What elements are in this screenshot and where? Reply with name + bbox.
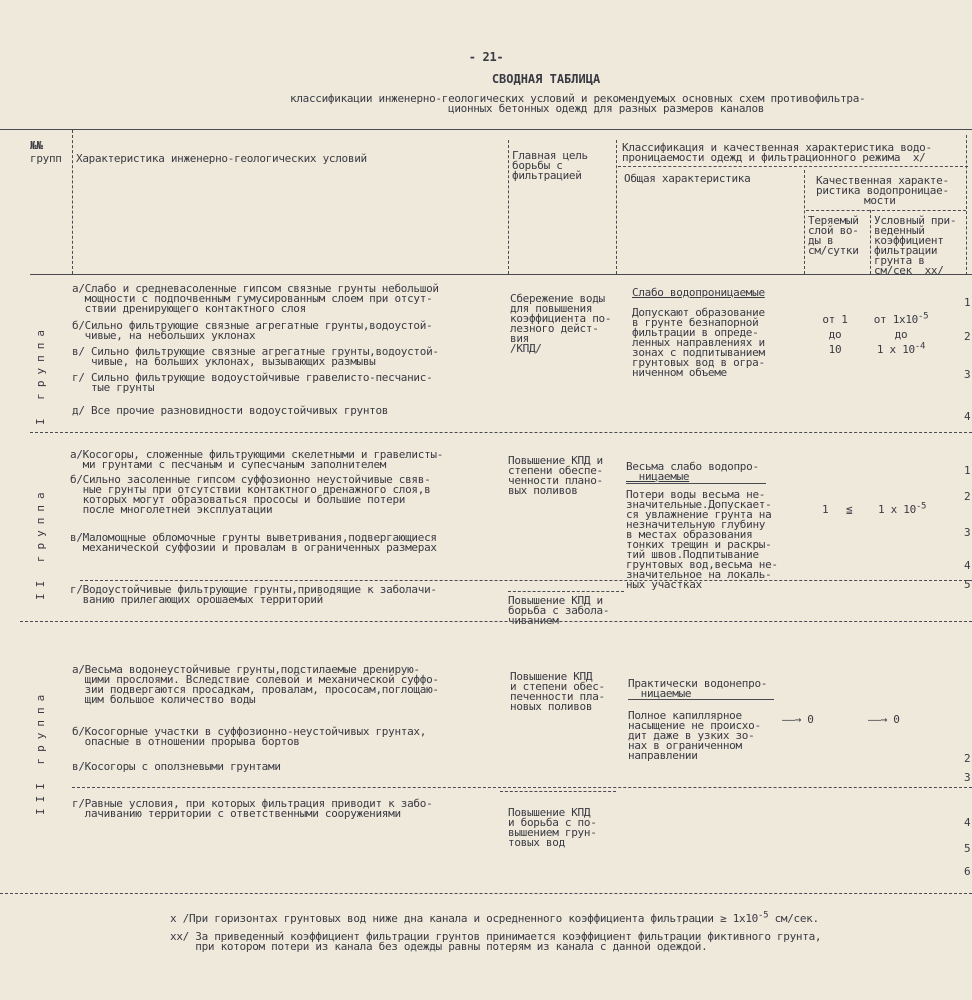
group-2-label: II группа [36, 490, 46, 600]
group-1-condition-e: д/ Все прочие разновидности водоустойчив… [72, 406, 388, 416]
footnote-xx: хх/ За приведенный коэффициент фильтраци… [170, 932, 821, 952]
g2-rownum-5: 5 [964, 580, 970, 590]
group-2-condition-c: в/Маломощные обломочные грунты выветрива… [70, 533, 437, 553]
header-group-no: №№ [30, 141, 43, 151]
group-2-condition-a: а/Косогоры, сложенные фильтрующими скеле… [70, 450, 443, 470]
group-2-condition-d: г/Водоустойчивые фильтрующие грунты,прив… [70, 585, 437, 605]
table-top-rule [0, 129, 972, 130]
group-1-label: I группа [36, 315, 46, 425]
col-divider-5 [870, 210, 871, 274]
group-2-separator [20, 621, 972, 622]
col-divider-3 [616, 140, 617, 274]
group-2-permeability-title: Весьма слабо водопро- ницаемые [626, 462, 759, 482]
page-subtitle: классификации инженерно-геологических ус… [290, 94, 950, 114]
group-2-relation: ≦ [846, 505, 852, 515]
group-3-lost-layer: ——→ 0 [782, 715, 814, 725]
group-2-general: Потери воды весьма не- значительные.Допу… [626, 490, 778, 590]
header-subrule-1 [618, 166, 968, 167]
group-2-condition-b: б/Сильно засоленные гипсом суффозионно н… [70, 475, 430, 515]
page-title: СВОДНАЯ ТАБЛИЦА [0, 74, 972, 84]
header-main-goal: Главная цель борьбы с фильтрацией [512, 151, 588, 181]
group-1-lost-layer: от 1 до 10 [810, 312, 860, 357]
g3-rownum-6: 6 [964, 867, 970, 877]
footnote-x: х /При горизонтах грунтовых вод ниже дна… [170, 914, 819, 924]
header-qual-l3: мости [816, 194, 896, 207]
group-3-goal-2: Повышение КПД и борьба с по- вышением гр… [508, 808, 597, 848]
coef-l6: см/сек хх/ [874, 264, 944, 277]
group-3-condition-b: б/Косогорные участки в суффозионно-неуст… [72, 727, 426, 747]
col-divider-4 [804, 170, 805, 274]
header-general: Общая характеристика [624, 174, 750, 184]
g2-rownum-1: 1 [964, 466, 970, 476]
g3-rownum-2: 2 [964, 754, 970, 764]
group-2-goal-separator [508, 591, 624, 592]
group-3-general: Полное капиллярное насыщение не происхо-… [628, 711, 761, 761]
group-1-condition-b: б/Сильно фильтрующие связные агрегатные … [72, 321, 432, 341]
g1-rownum-3: 3 [964, 370, 970, 380]
group-3-coef: ——→ 0 [868, 715, 900, 725]
header-qualitative: Качественная характе- ристика водопрониц… [816, 176, 949, 206]
group-2-title-underline [626, 483, 766, 484]
group-1-general: Допускают образование в грунте безнапорн… [632, 308, 765, 378]
group-1-condition-d: г/ Сильно фильтрующие водоустойчивые гра… [72, 373, 432, 393]
group-3-permeability-title: Практически водонепро- ницаемые [628, 679, 767, 699]
header-classification: Классификация и качественная характерист… [622, 143, 932, 163]
group-1-separator [30, 432, 972, 433]
header-main-goal-l3: фильтрацией [512, 169, 582, 182]
header-group-no-2: групп [30, 154, 62, 164]
header-coef: Условный при- веденный коэффициент фильт… [874, 216, 956, 276]
group-3-sub-separator [72, 787, 972, 788]
group-3-label: III группа [36, 700, 46, 815]
group-2-sub-separator [80, 580, 972, 581]
g2-rownum-4: 4 [964, 561, 970, 571]
g1-rownum-2: 2 [964, 332, 970, 342]
col-divider-1 [72, 130, 73, 274]
group-1-permeability-title: Слабо водопроницаемые [632, 288, 765, 298]
lost-l4: см/сутки [808, 244, 859, 257]
group-3-goal-separator [500, 791, 616, 792]
group-2-coef: 1 x 10-5 [878, 505, 926, 515]
g2-rownum-2: 2 [964, 492, 970, 502]
group-1-condition-c: в/ Сильно фильтрующие связные агрегатные… [72, 347, 439, 367]
subtitle-line-2: ционных бетонных одежд для разных размер… [290, 102, 764, 115]
group-1-coef: от 1x10-5 до 1 x 10-4 [866, 312, 936, 357]
header-bottom-rule [30, 274, 972, 275]
g1-rownum-4: 4 [964, 412, 970, 422]
g3-rownum-5: 5 [964, 844, 970, 854]
g3-rownum-3: 3 [964, 773, 970, 783]
header-lost-layer: Теряемый слой во- ды в см/сутки [808, 216, 859, 256]
group-3-condition-c: в/Косогоры с оползневыми грунтами [72, 762, 281, 772]
col-divider-right [966, 135, 967, 275]
group-3-condition-d: г/Равные условия, при которых фильтрация… [72, 799, 432, 819]
g1-rownum-1: 1 [964, 298, 970, 308]
col-divider-2 [508, 140, 509, 274]
group-2-lost-layer: 1 [822, 505, 828, 515]
group-3-condition-a: а/Весьма водонеустойчивые грунты,подстил… [72, 665, 439, 705]
group-2-goal-1: Повышение КПД и степени обеспе- ченности… [508, 456, 603, 496]
header-characteristics: Характеристика инженерно-геологических у… [76, 154, 367, 164]
group-3-goal-1: Повышение КПД и степени обес- печенности… [510, 672, 605, 712]
header-subrule-2 [806, 210, 966, 211]
group-1-condition-a: а/Слабо и средневасоленные гипсом связны… [72, 284, 439, 314]
header-class-l2: проницаемости одежд и фильтрационного ре… [622, 151, 925, 164]
page-number: - 21- [0, 52, 972, 62]
group-1-goal: Сбережение воды для повышения коэффициен… [510, 294, 611, 354]
group-3-title-underline [628, 699, 774, 700]
table-bottom-rule [0, 893, 972, 894]
g2-rownum-3: 3 [964, 528, 970, 538]
g3-rownum-4: 4 [964, 818, 970, 828]
